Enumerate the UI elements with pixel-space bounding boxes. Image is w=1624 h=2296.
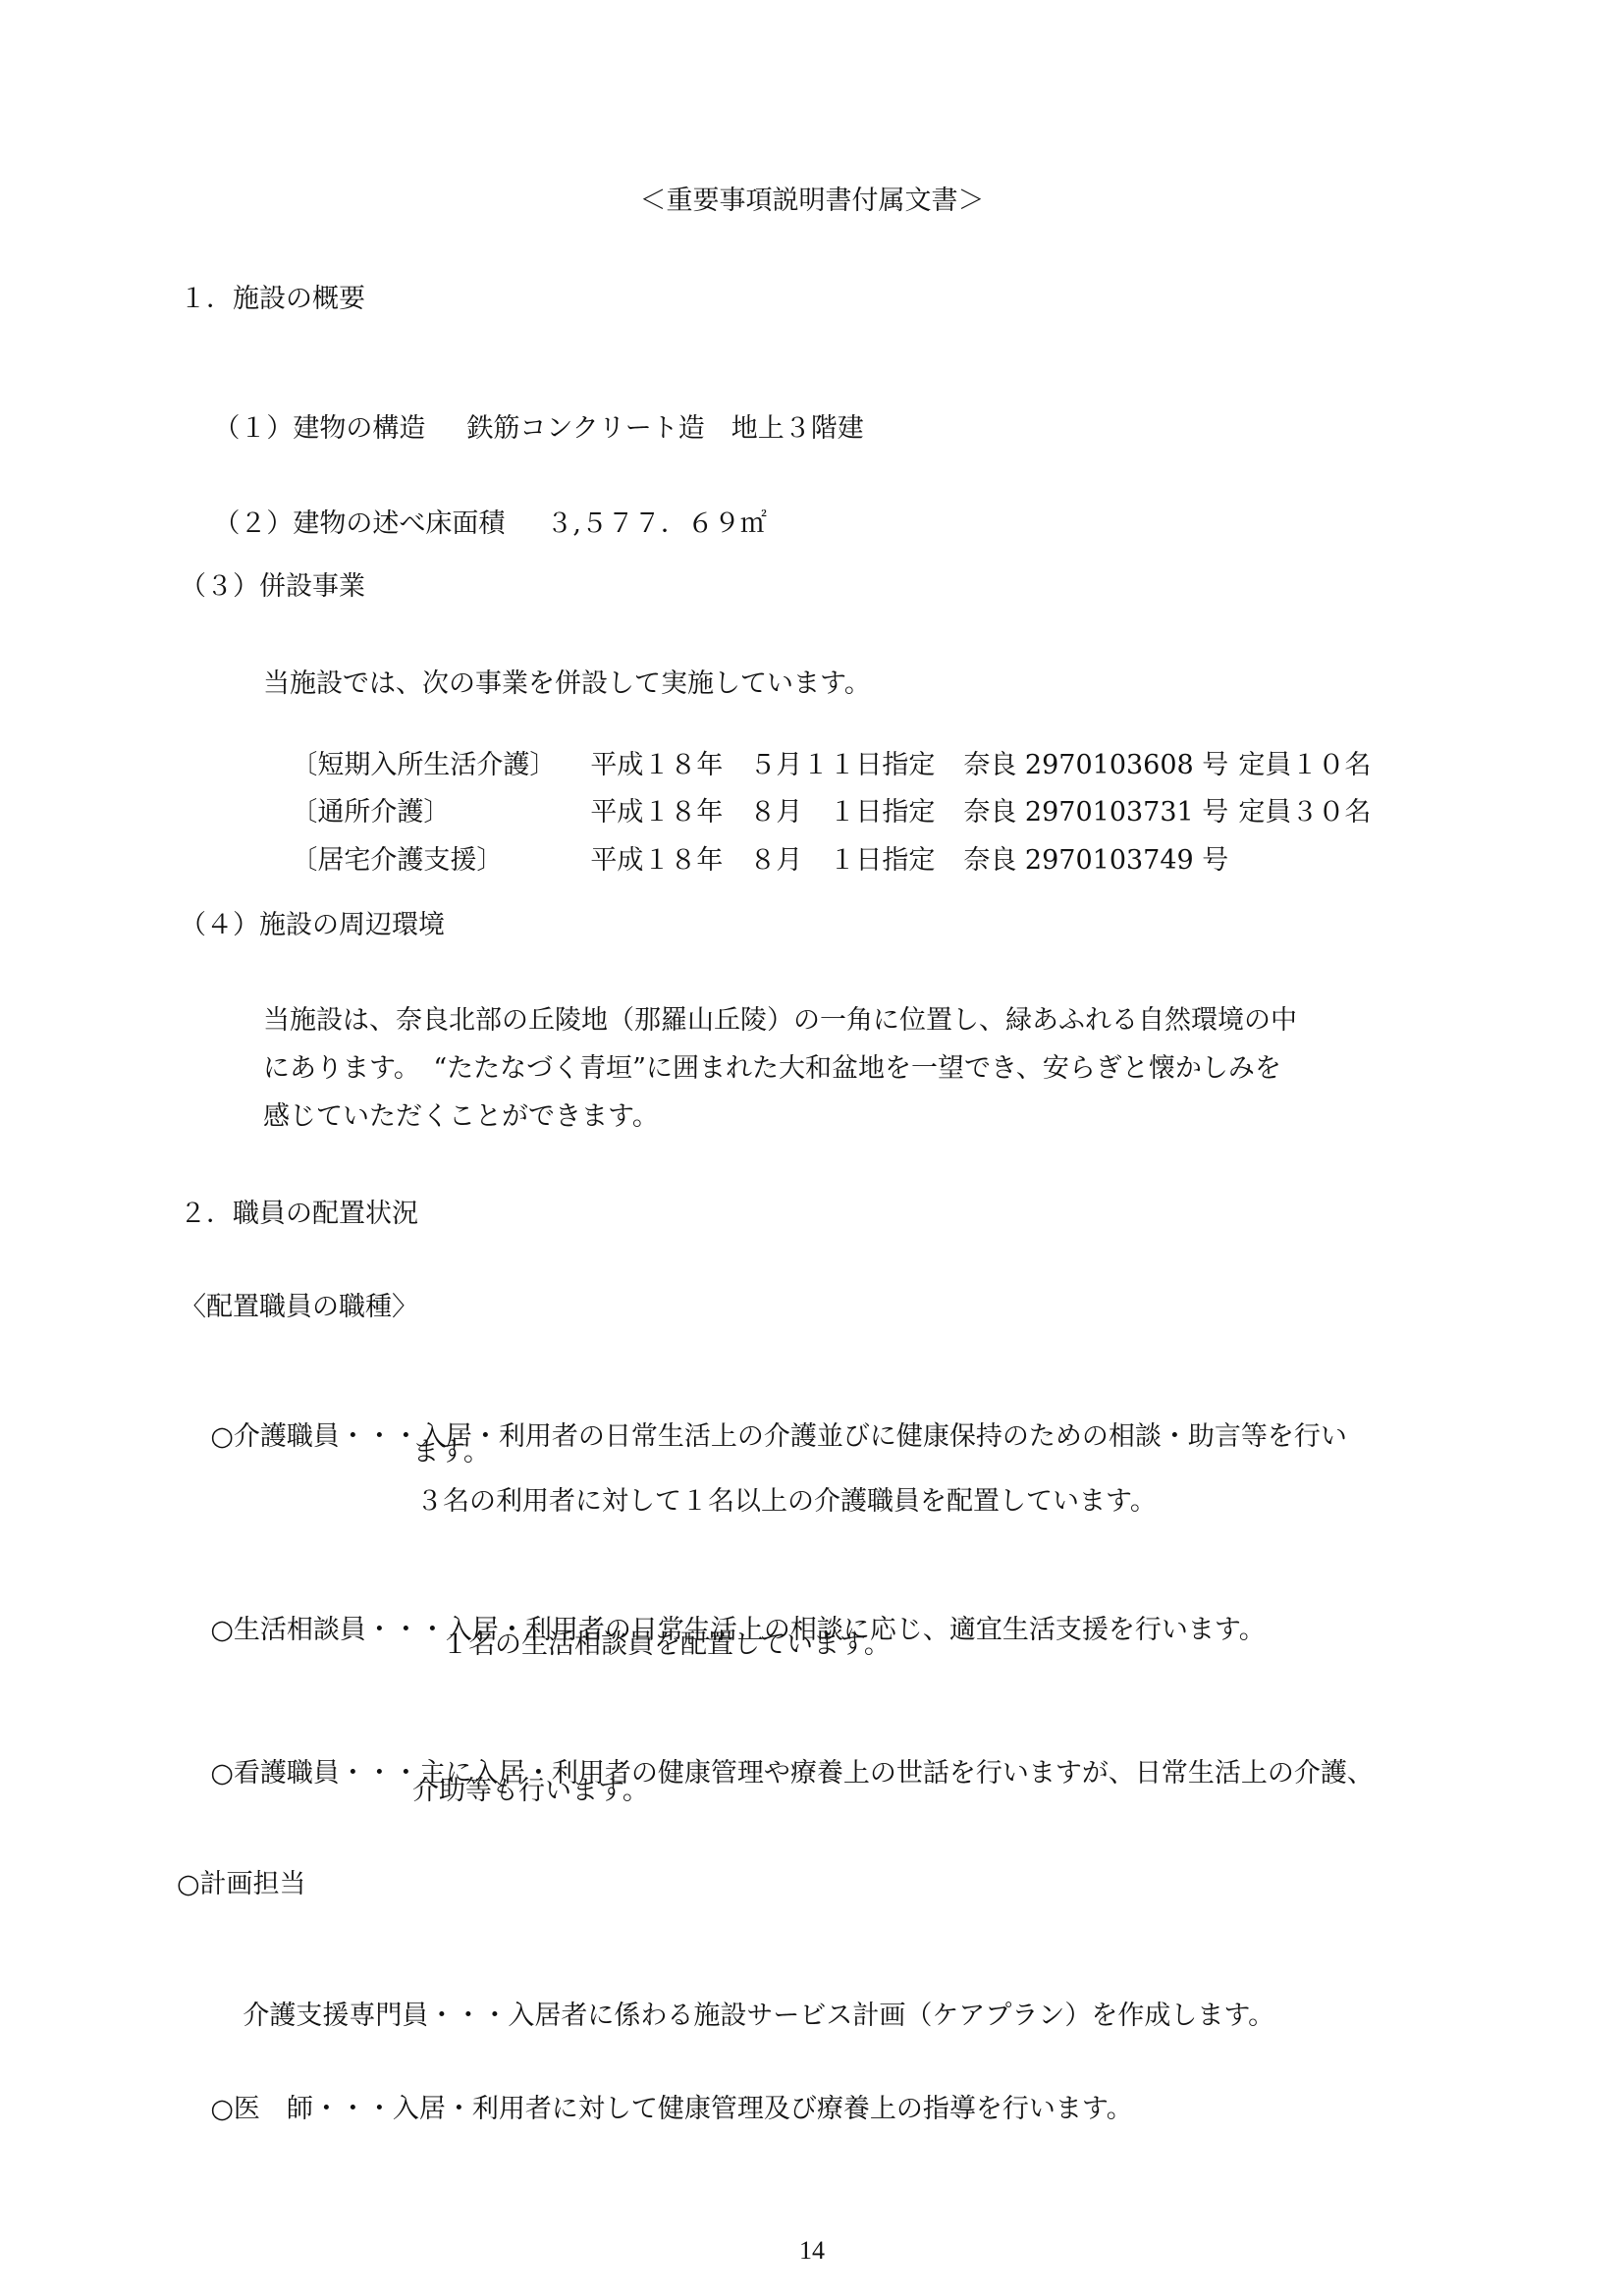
- role-description-line: 介助等も行います。: [412, 1775, 649, 1808]
- role-description-line: ３名の利用者に対して１名以上の介護職員を配置しています。: [416, 1485, 1157, 1519]
- surroundings-text-line: 感じていただくことができます。: [263, 1100, 659, 1134]
- role-planning: ○計画担当: [177, 1868, 306, 1901]
- role-description-line: 入居・利用者の日常生活上の介護並びに健康保持のための相談・助言等を行い: [419, 1421, 1347, 1452]
- service-row: 〔居宅介護支援〕平成１８年 ８月 １日指定奈良 2970103749 号: [257, 811, 1238, 911]
- surroundings-text-line: にあります。 “たたなづく青垣”に囲まれた大和盆地を一望でき、安らぎと懐かしみを: [263, 1052, 1281, 1086]
- role-description-line: 入居・利用者に対して健康管理及び療養上の指導を行います。: [393, 2094, 1133, 2124]
- floor-area-label: （２）建物の述べ床面積: [213, 508, 505, 539]
- concurrent-services-intro: 当施設では、次の事業を併設して実施しています。: [263, 667, 871, 701]
- concurrent-services-heading: （３）併設事業: [180, 570, 365, 604]
- staff-types-subheading: 〈配置職員の職種〉: [180, 1291, 418, 1324]
- section-2-heading: ２．職員の配置状況: [180, 1198, 418, 1231]
- page-number: 14: [0, 2234, 1624, 2268]
- service-name: 〔居宅介護支援〕: [291, 844, 590, 878]
- role-title: 介護支援専門員・・・: [243, 2001, 508, 2031]
- role-nursing-staff: ○看護職員・・・主に入居・利用者の健康管理や療養上の世話を行いますが、日常生活上…: [177, 1724, 1374, 1824]
- role-care-staff: ○介護職員・・・入居・利用者の日常生活上の介護並びに健康保持のための相談・助言等…: [177, 1387, 1347, 1487]
- role-description-line: １名の生活相談員を配置しています。: [442, 1629, 891, 1662]
- service-date: 平成１８年 ８月 １日指定: [590, 844, 963, 878]
- building-structure-value: 鉄筋コンクリート造 地上３階建: [466, 413, 863, 444]
- floor-area-value: ３,５７７．６９㎡: [546, 508, 767, 539]
- role-description-line: 入居者に係わる施設サービス計画（ケアプラン）を作成します。: [508, 2001, 1274, 2031]
- role-title: ○医 師・・・: [210, 2094, 393, 2124]
- surroundings-text-line: 当施設は、奈良北部の丘陵地（那羅山丘陵）の一角に位置し、緑あふれる自然環境の中: [263, 1004, 1297, 1038]
- role-care-manager: 介護支援専門員・・・入居者に係わる施設サービス計画（ケアプラン）を作成します。: [209, 1966, 1274, 2066]
- role-description-line: ます。: [412, 1436, 490, 1469]
- document-title: ＜重要事項説明書付属文書＞: [0, 185, 1624, 218]
- section-1-heading: １．施設の概要: [180, 283, 365, 316]
- building-structure-label: （１）建物の構造: [213, 413, 425, 444]
- floor-area: （２）建物の述べ床面積３,５７７．６９㎡: [180, 474, 767, 574]
- role-title: ○生活相談員・・・: [210, 1615, 446, 1645]
- building-structure: （１）建物の構造鉄筋コンクリート造 地上３階建: [180, 379, 864, 479]
- service-capacity: 定員３０名: [1238, 796, 1371, 829]
- surroundings-heading: （４）施設の周辺環境: [180, 909, 445, 942]
- role-title: ○看護職員・・・: [210, 1758, 419, 1789]
- role-doctor: ○医 師・・・入居・利用者に対して健康管理及び療養上の指導を行います。: [177, 2059, 1133, 2160]
- service-number: 奈良 2970103749 号: [963, 844, 1238, 878]
- role-title: ○介護職員・・・: [210, 1421, 419, 1452]
